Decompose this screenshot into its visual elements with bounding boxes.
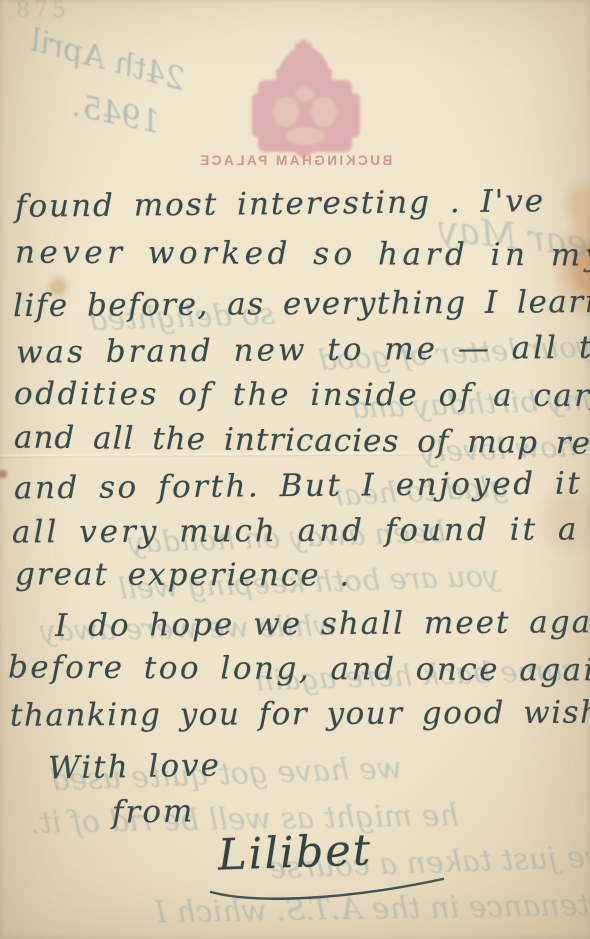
letter-photo: 875 24th April 1945. BUCKINGHAM PALACE D… bbox=[0, 0, 590, 939]
signature-flourish-underline bbox=[205, 872, 455, 906]
letter-line: all very much and found it a bbox=[12, 512, 580, 551]
closing-with-love: With love bbox=[48, 747, 222, 786]
date-showthrough-line2: 1945. bbox=[69, 87, 163, 141]
letter-line: I do hope we shall meet again bbox=[55, 604, 590, 644]
date-showthrough-line1: 24th April bbox=[26, 22, 189, 98]
letter-line: and so forth. But I enjoyed it bbox=[14, 466, 583, 507]
letter-line: life before, as everything I learnt bbox=[13, 284, 590, 324]
closing-from: from bbox=[112, 793, 195, 830]
royal-crest-icon bbox=[250, 40, 362, 158]
letter-line: was brand new to me — all the bbox=[16, 329, 590, 370]
letterhead-palace-text: BUCKINGHAM PALACE bbox=[0, 153, 590, 168]
letter-line: never worked so hard in my bbox=[15, 234, 590, 273]
letter-line: found most interesting . I've bbox=[15, 183, 546, 225]
letter-line: before too long, and once again bbox=[8, 649, 590, 688]
letter-line: and all the intricacies of map reading bbox=[14, 419, 590, 462]
letter-line: oddities of the inside of a car, bbox=[14, 376, 590, 414]
pencil-mark: 875 bbox=[16, 0, 70, 23]
letter-line: great experience . bbox=[15, 556, 351, 593]
letter-line: thanking you for your good wishes. bbox=[10, 694, 590, 733]
